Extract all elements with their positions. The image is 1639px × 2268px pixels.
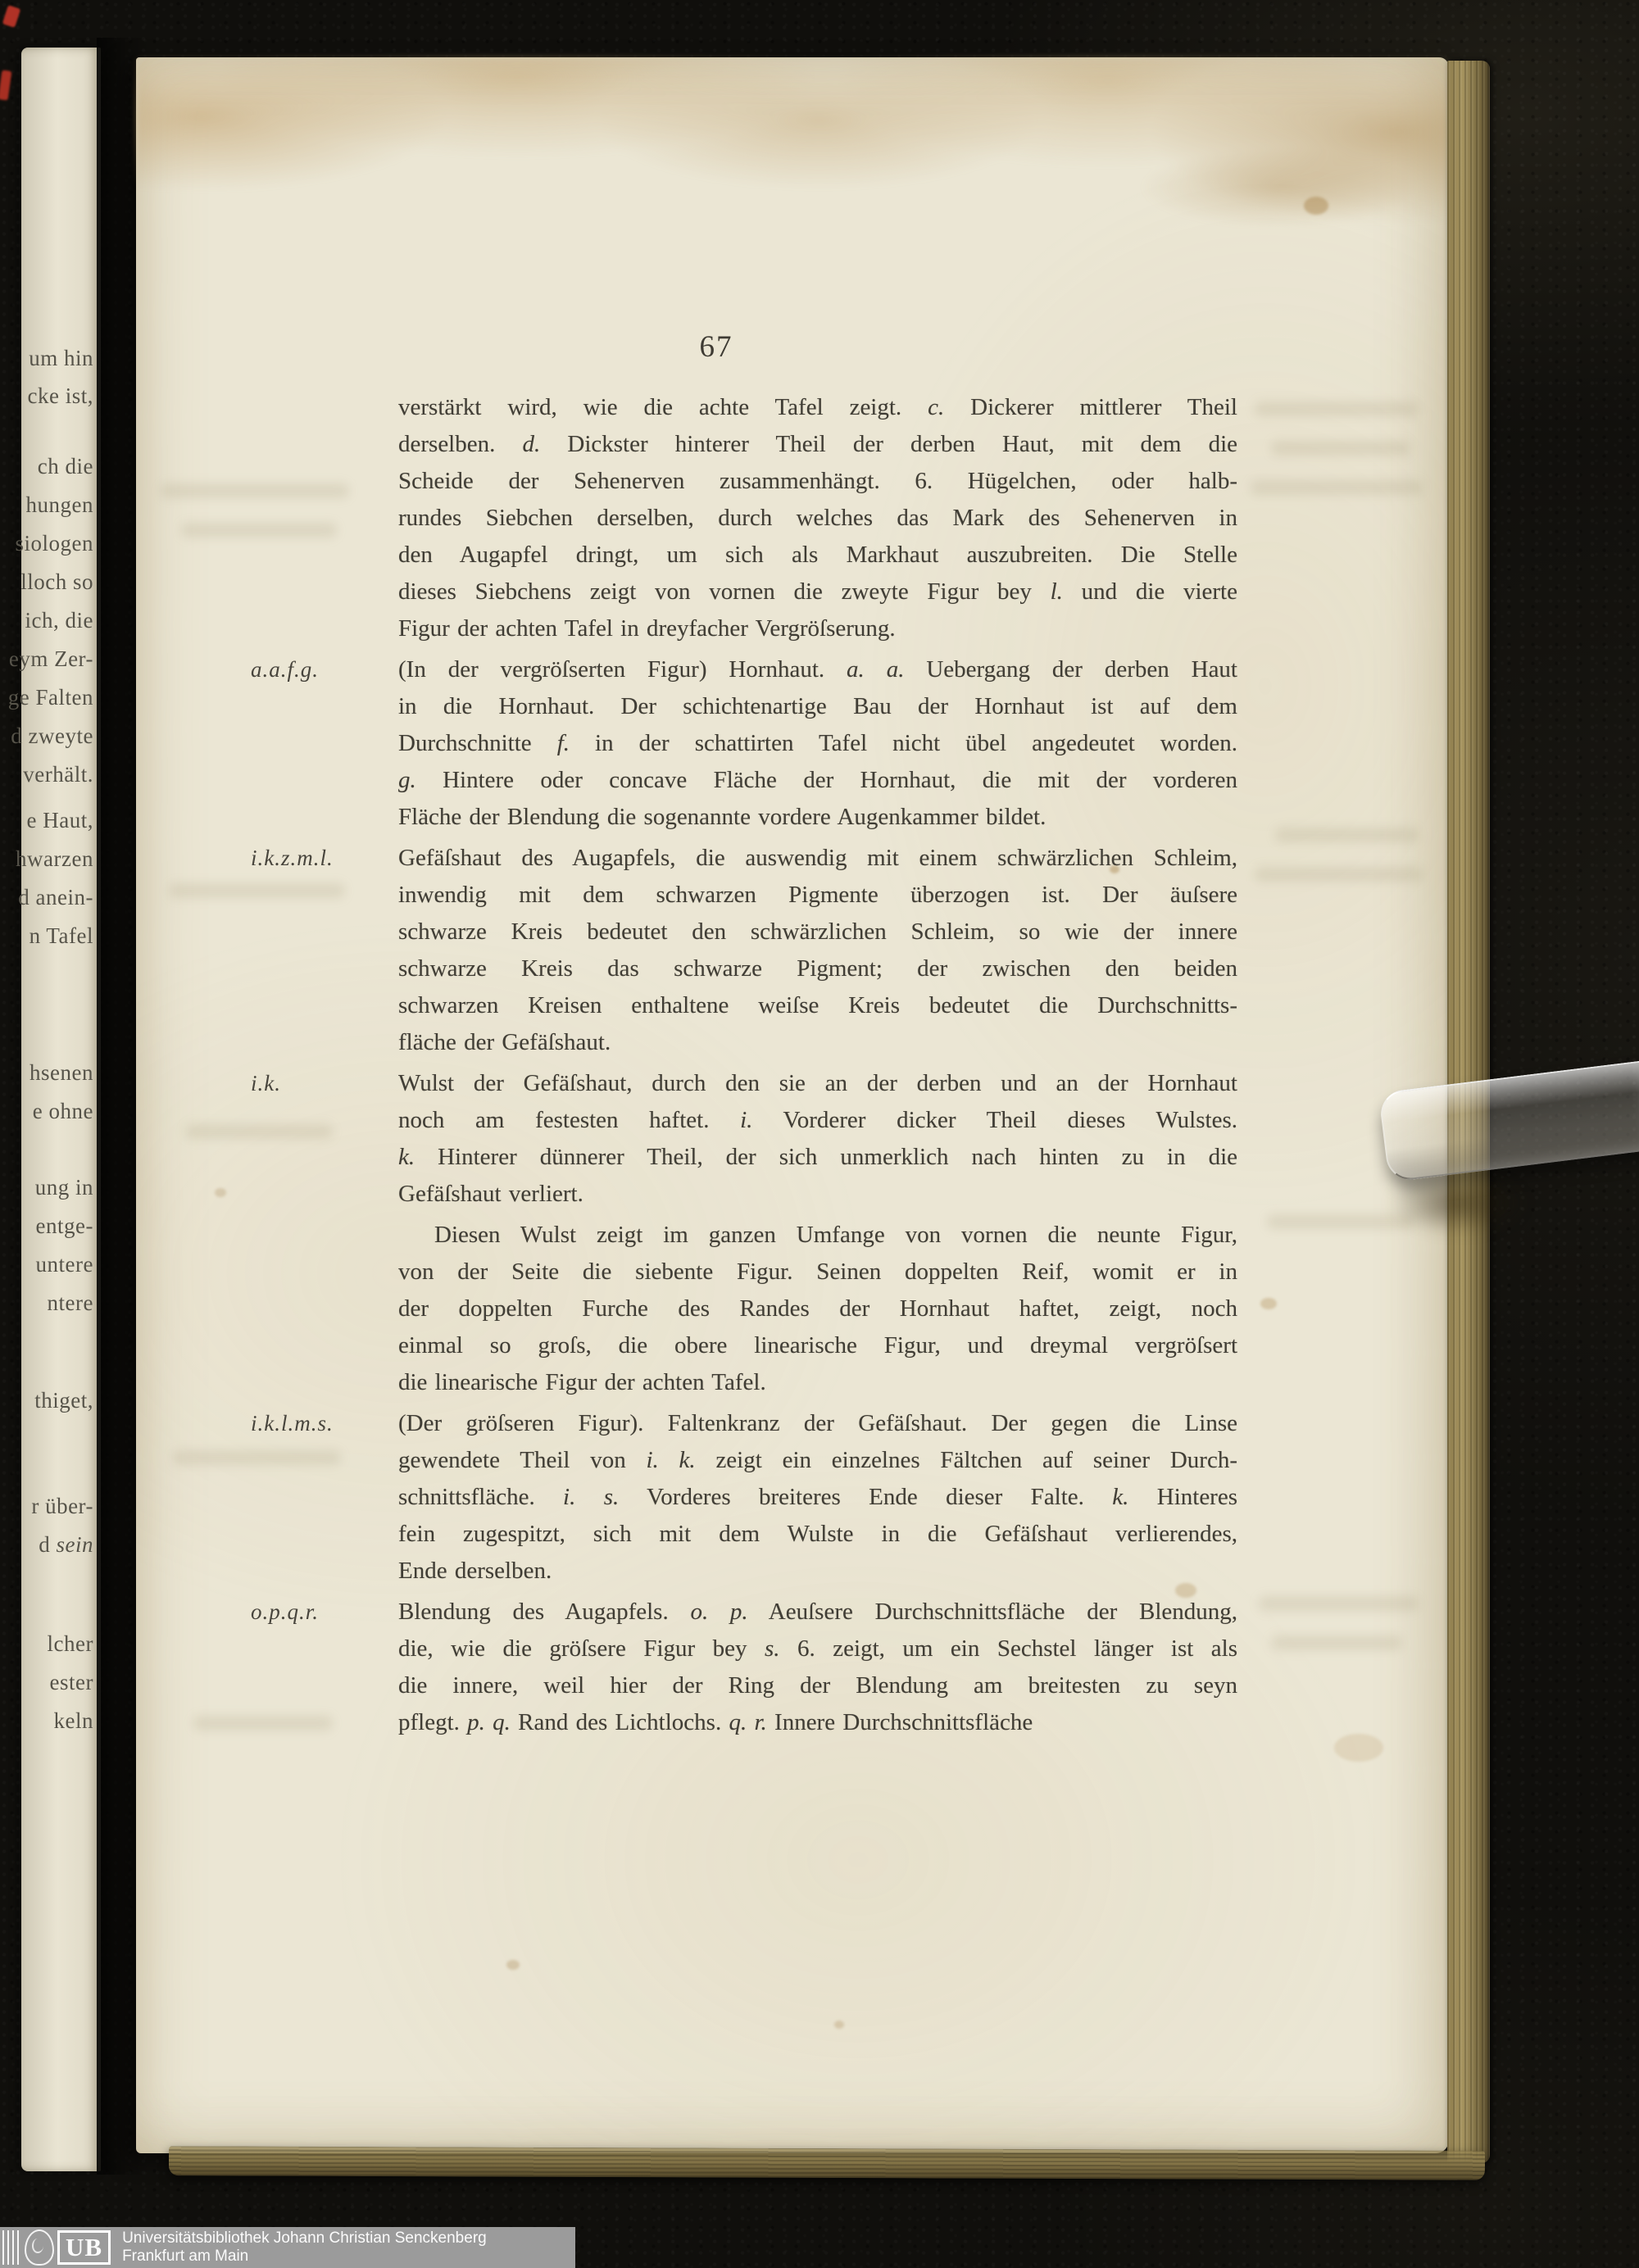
watermark-institution: Universitätsbibliothek Johann Christian …	[122, 2229, 487, 2248]
show-through	[173, 1450, 341, 1465]
bookmark-strip-shadow	[1388, 1170, 1528, 1236]
facing-text-fragment: thiget,	[34, 1388, 93, 1413]
facing-text-fragment: d sein	[39, 1532, 93, 1557]
body-line: (In der vergröſserten Figur) Hornhaut. a…	[398, 651, 1237, 688]
body-line: Ende derselben.	[398, 1553, 1237, 1590]
body-line: die, wie die gröſsere Figur bey s. 6. ze…	[398, 1631, 1237, 1667]
body-line: Figur der achten Tafel in dreyfacher Ver…	[398, 610, 1237, 647]
facing-text-fragment: d zweyte	[11, 723, 93, 748]
facing-text-fragment: entge-	[36, 1213, 93, 1238]
show-through	[169, 883, 345, 898]
facing-text-fragment: hsenen	[30, 1060, 93, 1085]
body-line: schnittsfläche. i. s. Vorderes breiteres…	[398, 1479, 1237, 1516]
page-number: 67	[667, 329, 765, 365]
facing-text-fragment: eym Zer-	[9, 646, 93, 671]
facing-text-fragment: verhält.	[23, 762, 93, 787]
margin-label: a.a.f.g.	[251, 651, 392, 688]
body-line: der doppelten Furche des Randes der Horn…	[398, 1290, 1237, 1327]
facing-text-fragment: siologen	[16, 531, 94, 556]
paragraph: i.k.l.m.s.(Der gröſseren Figur). Faltenk…	[398, 1405, 1237, 1590]
facing-text-fragment: untere	[36, 1252, 93, 1277]
facing-text-fragment: r über-	[31, 1494, 93, 1518]
body-line: Gefäſshaut verliert.	[398, 1176, 1237, 1213]
facing-text-fragment: hungen	[26, 492, 93, 517]
fox-spot	[1334, 1734, 1383, 1762]
water-stain	[136, 57, 1449, 254]
facing-text-fragment: hwarzen	[16, 846, 93, 871]
facing-text-fragment: e Haut,	[27, 808, 93, 832]
facing-text-fragment: ich, die	[25, 608, 93, 633]
body-line: pflegt. p. q. Rand des Lichtlochs. q. r.…	[398, 1704, 1237, 1741]
show-through	[1259, 1596, 1419, 1611]
body-line: g. Hintere oder concave Fläche der Hornh…	[398, 762, 1237, 799]
facing-text-fragment: ung in	[35, 1175, 93, 1200]
body-line: einmal so groſs, die obere linearische F…	[398, 1327, 1237, 1364]
show-through	[1255, 867, 1423, 882]
book-scan: um hincke ist,ch diehungensiologenlloch …	[0, 0, 1639, 2268]
margin-label: i.k.z.m.l.	[251, 840, 392, 877]
body-line: die innere, weil hier der Ring der Blend…	[398, 1667, 1237, 1704]
show-through	[161, 483, 349, 498]
body-line: Durchschnitte f. in der schattirten Tafe…	[398, 725, 1237, 762]
fox-spot	[1260, 1298, 1277, 1309]
facing-text-fragment: ge Falten	[8, 685, 93, 710]
body-line: Fläche der Blendung die sogenannte vorde…	[398, 799, 1237, 836]
fox-spot	[506, 1960, 520, 1970]
show-through	[1251, 480, 1423, 495]
show-through	[1255, 401, 1419, 416]
body-line: verstärkt wird, wie die achte Tafel zeig…	[398, 389, 1237, 426]
paragraph: i.k.z.m.l.Gefäſshaut des Augapfels, die …	[398, 840, 1237, 1061]
ub-logo: UB	[57, 2230, 111, 2265]
body-line: Diesen Wulst zeigt im ganzen Umfange von…	[398, 1217, 1237, 1254]
text-block: verstärkt wird, wie die achte Tafel zeig…	[398, 389, 1237, 1745]
watermark-city: Frankfurt am Main	[122, 2248, 487, 2266]
facing-text-fragment: e ohne	[33, 1099, 93, 1123]
body-line: Scheide der Sehenerven zusammenhängt. 6.…	[398, 463, 1237, 500]
body-line: noch am festesten haftet. i. Vorderer di…	[398, 1102, 1237, 1139]
body-line: Gefäſshaut des Augapfels, die auswendig …	[398, 840, 1237, 877]
body-line: gewendete Theil von i. k. zeigt ein einz…	[398, 1442, 1237, 1479]
watermark-text: Universitätsbibliothek Johann Christian …	[122, 2229, 487, 2266]
facing-page-edge: um hincke ist,ch diehungensiologenlloch …	[21, 48, 101, 2171]
paragraph: verstärkt wird, wie die achte Tafel zeig…	[398, 389, 1237, 647]
show-through	[193, 1716, 333, 1730]
body-line: Wulst der Gefäſshaut, durch den sie an d…	[398, 1065, 1237, 1102]
facing-text-fragment: n Tafel	[30, 923, 93, 948]
body-line: derselben. d. Dickster hinterer Theil de…	[398, 426, 1237, 463]
fox-spot	[834, 2021, 844, 2029]
body-line: schwarze Kreis bedeutet den schwärzliche…	[398, 914, 1237, 950]
book-page: 67 verstärkt wird, wie die achte Tafel z…	[136, 57, 1449, 2153]
body-line: inwendig mit dem schwarzen Pigmente über…	[398, 877, 1237, 914]
body-line: (Der gröſseren Figur). Faltenkranz der G…	[398, 1405, 1237, 1442]
margin-label: o.p.q.r.	[251, 1594, 392, 1631]
paragraph: a.a.f.g.(In der vergröſserten Figur) Hor…	[398, 651, 1237, 836]
margin-label: i.k.l.m.s.	[251, 1405, 392, 1442]
paragraph: i.k.Wulst der Gefäſshaut, durch den sie …	[398, 1065, 1237, 1213]
show-through	[1271, 1635, 1402, 1650]
facing-text-fragment: ch die	[38, 454, 93, 479]
show-through	[1271, 441, 1410, 456]
show-through	[181, 523, 337, 538]
paragraph: Diesen Wulst zeigt im ganzen Umfange von…	[398, 1217, 1237, 1401]
facing-text-fragment: lcher	[48, 1631, 93, 1656]
body-line: die linearische Figur der achten Tafel.	[398, 1364, 1237, 1401]
facing-text-fragment: keln	[54, 1708, 94, 1733]
facing-text-fragment: cke ist,	[28, 383, 93, 408]
fox-spot	[215, 1188, 226, 1197]
show-through	[1275, 828, 1419, 842]
body-line: fein zugespitzt, sich mit dem Wulste in …	[398, 1516, 1237, 1553]
paragraph: o.p.q.r.Blendung des Augapfels. o. p. Ae…	[398, 1594, 1237, 1741]
body-line: schwarzen Kreisen enthaltene weiſse Krei…	[398, 987, 1237, 1024]
ub-logo-stripes-icon	[2, 2230, 22, 2265]
facing-text-fragment: d anein-	[18, 885, 93, 909]
senckenberg-portrait-icon	[25, 2229, 54, 2266]
show-through	[185, 1124, 333, 1139]
facing-text-fragment: ester	[50, 1670, 93, 1694]
body-line: Blendung des Augapfels. o. p. Aeuſsere D…	[398, 1594, 1237, 1631]
body-line: k. Hinterer dünnerer Theil, der sich unm…	[398, 1139, 1237, 1176]
facing-text-fragment: ntere	[48, 1290, 93, 1315]
body-line: schwarze Kreis das schwarze Pigment; der…	[398, 950, 1237, 987]
body-line: von der Seite die siebente Figur. Seinen…	[398, 1254, 1237, 1290]
body-line: fläche der Gefäſshaut.	[398, 1024, 1237, 1061]
body-line: in die Hornhaut. Der schichtenartige Bau…	[398, 688, 1237, 725]
library-watermark-bar: UB Universitätsbibliothek Johann Christi…	[0, 2227, 575, 2268]
bottom-page-block-edge	[169, 2146, 1485, 2180]
body-line: dieses Siebchens zeigt von vornen die zw…	[398, 574, 1237, 610]
body-line: den Augapfel dringt, um sich als Markhau…	[398, 537, 1237, 574]
facing-text-fragment: lloch so	[20, 569, 93, 594]
margin-label: i.k.	[251, 1065, 392, 1102]
body-line: rundes Siebchen derselben, durch welches…	[398, 500, 1237, 537]
facing-text-fragment: um hin	[29, 346, 93, 370]
fox-spot	[1304, 197, 1328, 215]
